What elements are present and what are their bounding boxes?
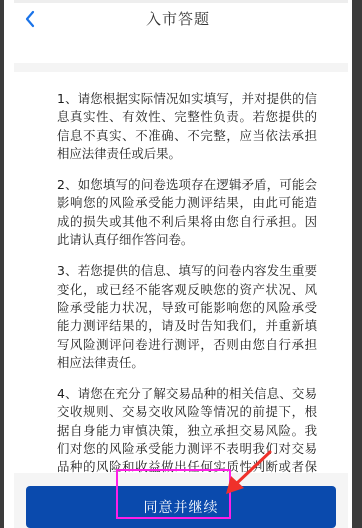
header-divider: [14, 63, 348, 72]
disclaimer-paragraph-2: 2、如您填写的问卷选项存在逻辑矛盾，可能会影响您的风险承受能力测评结果，由此可能…: [57, 176, 317, 249]
disclaimer-paragraph-1: 1、请您根据实际情况如实填写，并对提供的信息真实性、有效性、完整性负责。若您提供…: [57, 90, 317, 163]
nav-header: 入市答题: [4, 3, 352, 37]
device-frame: 入市答题 1、请您根据实际情况如实填写，并对提供的信息真实性、有效性、完整性负责…: [0, 0, 362, 528]
page-title: 入市答题: [4, 8, 352, 29]
agree-continue-button[interactable]: 同意并继续: [26, 486, 336, 528]
disclaimer-paragraph-3: 3、若您提供的信息、填写的问卷内容发生重要变化，或已经不能客观反映您的资产状况、…: [57, 262, 317, 372]
app-screen: 入市答题 1、请您根据实际情况如实填写，并对提供的信息真实性、有效性、完整性负责…: [4, 0, 352, 528]
footer-bar: 同意并继续: [14, 473, 348, 528]
disclaimer-content: 1、请您根据实际情况如实填写，并对提供的信息真实性、有效性、完整性负责。若您提供…: [57, 90, 317, 508]
